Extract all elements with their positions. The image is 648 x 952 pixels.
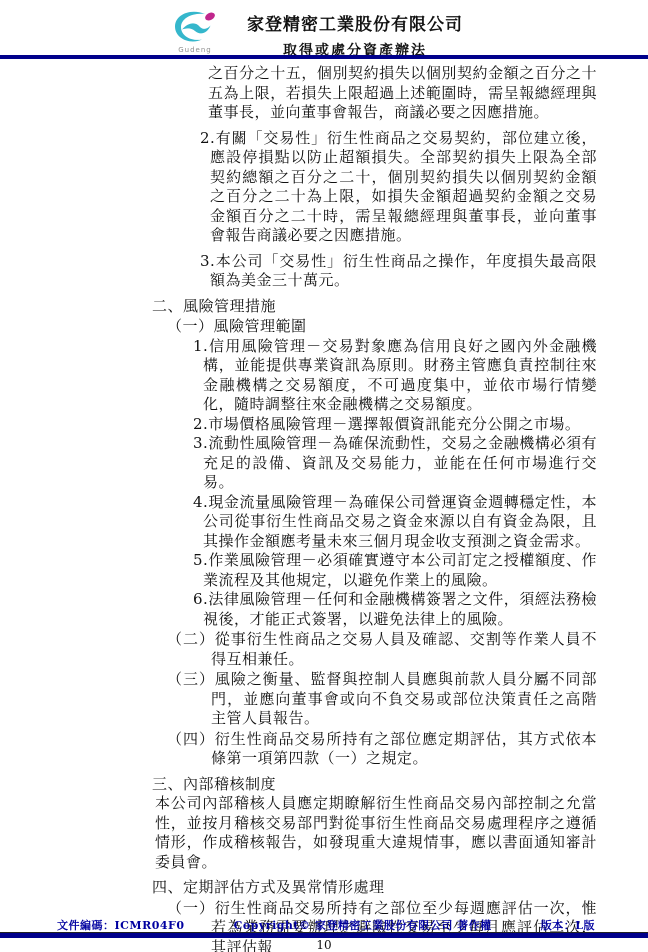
gudeng-logo-icon — [168, 8, 222, 48]
doc-paragraph-item: 5.作業風險管理－必須確實遵守本公司訂定之授權額度、作業流程及其他規定，以避免作… — [0, 551, 597, 590]
doc-paragraph-section: 二、風險管理措施 — [152, 297, 597, 317]
gudeng-logo-text: Gudeng — [166, 46, 224, 54]
footer-version: 版本：L版 — [541, 917, 595, 933]
doc-paragraph-item: 3.流動性風險管理－為確保流動性，交易之金融機構必須有充足的設備、資訊及交易能力… — [0, 434, 597, 493]
doc-paragraph-item: 6.法律風險管理－任何和金融機構簽署之文件，須經法務檢視後，才能正式簽署，以避免… — [0, 590, 597, 629]
doc-paragraph-section: 三、內部稽核制度 — [152, 775, 597, 795]
document-body: 之百分之十五，個別契約損失以個別契約金額之百分之十五為上限，若損失上限超過上述範… — [0, 64, 648, 952]
doc-paragraph-section: 四、定期評估方式及異常情形處理 — [152, 878, 597, 898]
doc-paragraph-item-top: 2.有關「交易性」衍生性商品之交易契約，部位建立後，應設停損點以防止超額損失。全… — [0, 129, 597, 246]
doc-paragraph-continuation: 之百分之十五，個別契約損失以個別契約金額之百分之十五為上限，若損失上限超過上述範… — [208, 64, 597, 123]
doc-paragraph-item: 2.市場價格風險管理－選擇報價資訊能充分公開之市場。 — [0, 415, 597, 435]
gudeng-logo: Gudeng — [166, 8, 224, 54]
doc-paragraph-item: 4.現金流量風險管理－為確保公司營運資金週轉穩定性，本公司從事衍生性商品交易之資… — [0, 493, 597, 552]
doc-paragraph-subsection-hang: （二）從事衍生性商品之交易人員及確認、交割等作業人員不得互相兼任。 — [0, 630, 597, 669]
doc-paragraph-body: 本公司內部稽核人員應定期瞭解衍生性商品交易內部控制之允當性，並按月稽核交易部門對… — [155, 794, 597, 872]
doc-paragraph-subsection-hang: （四）衍生性商品交易所持有之部位應定期評估，其方式依本條第一項第四款（一）之規定… — [0, 730, 597, 769]
document-page: Gudeng 家登精密工業股份有限公司 取得或處分資產辦法 之百分之十五，個別契… — [0, 0, 648, 952]
doc-paragraph-item: 1.信用風險管理－交易對象應為信用良好之國內外金融機構，並能提供專業資訊為原則。… — [0, 337, 597, 415]
doc-paragraph-item-top: 3.本公司「交易性」衍生性商品之操作，年度損失最高限額為美金三十萬元。 — [0, 252, 597, 291]
page-number: 10 — [0, 938, 648, 952]
header-divider — [0, 55, 648, 59]
header-titles: 家登精密工業股份有限公司 取得或處分資產辦法 — [238, 10, 472, 60]
doc-paragraph-subsection: （一）風險管理範圍 — [167, 317, 597, 337]
footer-copyright: Copyright© 家登精密工業股份有限公司 著作權 — [234, 917, 492, 933]
footer: 文件編碼：ICMR04F0 Copyright© 家登精密工業股份有限公司 著作… — [57, 917, 595, 933]
footer-doc-code: 文件編碼：ICMR04F0 — [57, 917, 185, 933]
doc-paragraph-subsection-hang: （三）風險之衡量、監督與控制人員應與前款人員分屬不同部門，並應向董事會或向不負交… — [0, 670, 597, 729]
company-name: 家登精密工業股份有限公司 — [238, 10, 472, 35]
